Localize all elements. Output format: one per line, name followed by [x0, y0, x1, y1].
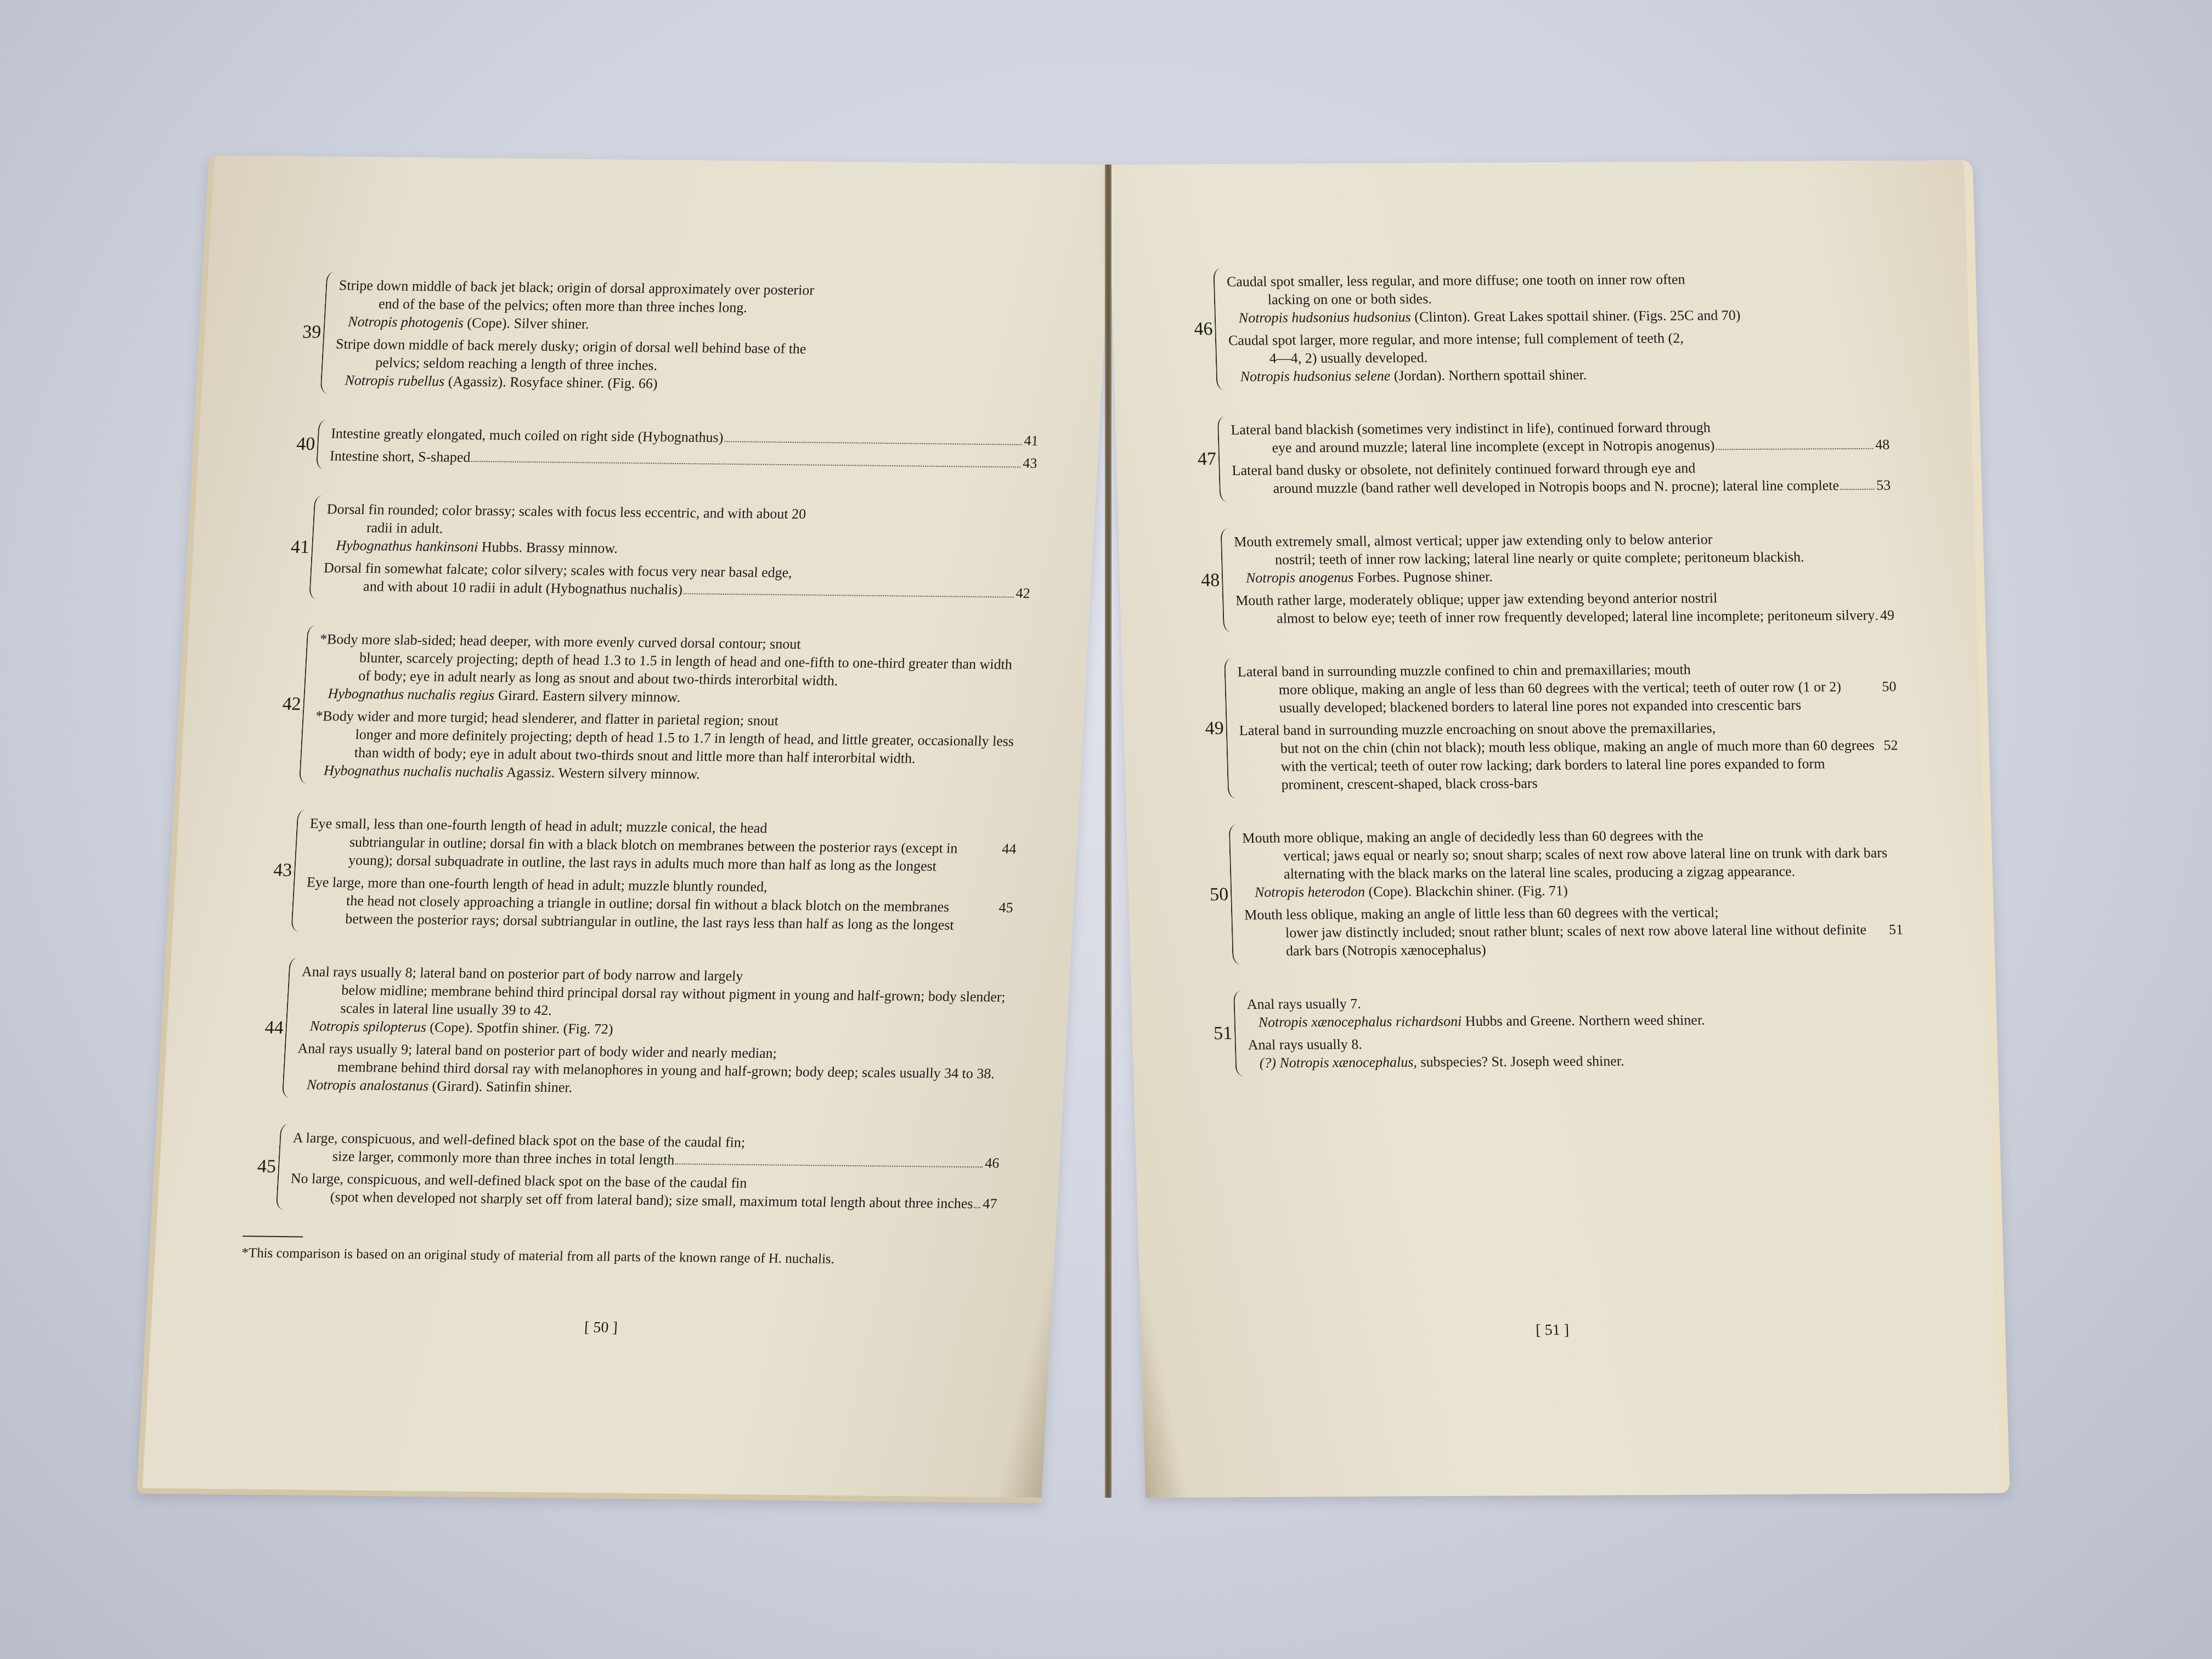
- key-lead: Lateral band blackish (sometimes very in…: [1231, 417, 1890, 457]
- common-name: Hubbs. Brassy minnow.: [478, 539, 618, 556]
- leader-dots: [1876, 619, 1878, 620]
- couplet-leads: Caudal spot smaller, less regular, and m…: [1226, 265, 1888, 390]
- species-name: Notropis hudsonius hudsonius (Clinton). …: [1227, 306, 1886, 327]
- couplet-reference[interactable]: 43: [1023, 454, 1038, 472]
- species-name: Notropis xænocephalus richardsoni Hubbs …: [1247, 1010, 1906, 1031]
- scientific-name: Notropis spilopterus: [309, 1018, 427, 1035]
- lead-continuation: but not on the chin (chin not black); mo…: [1280, 736, 1882, 794]
- key-couplet: 51Anal rays usually 7.Notropis xænocepha…: [1197, 988, 1907, 1077]
- key-lead: Caudal spot larger, more regular, and mo…: [1228, 328, 1888, 386]
- couplet-leads: Dorsal fin rounded; color brassy; scales…: [322, 495, 1035, 606]
- key-couplet: 48Mouth extremely small, almost vertical…: [1184, 525, 1895, 633]
- couplet-leads: Mouth extremely small, almost vertical; …: [1234, 525, 1895, 632]
- key-couplet: 46Caudal spot smaller, less regular, and…: [1177, 265, 1888, 391]
- scientific-name: Notropis photogenis: [348, 314, 464, 331]
- couplet-reference[interactable]: 46: [985, 1154, 1000, 1172]
- key-lead: Mouth extremely small, almost vertical; …: [1234, 529, 1894, 587]
- common-name: Girard. Eastern silvery minnow.: [494, 687, 681, 706]
- scientific-name: Notropis anogenus: [1246, 569, 1354, 586]
- couplet-number: 39: [286, 321, 324, 343]
- key-lead: Dorsal fin somewhat falcate; color silve…: [322, 558, 1031, 602]
- couplet-leads: Stripe down middle of back jet black; or…: [333, 272, 1047, 400]
- couplet-number: 50: [1194, 884, 1231, 905]
- left-page-number: [ 50 ]: [584, 1319, 618, 1337]
- footnote: *This comparison is based on an original…: [237, 1244, 995, 1269]
- key-lead: Anal rays usually 8.(?) Notropis xænocep…: [1248, 1032, 1907, 1072]
- brace-icon: [1221, 528, 1232, 632]
- lead-continuation: size larger, commonly more than three in…: [332, 1147, 675, 1169]
- common-name: Forbes. Pugnose shiner.: [1353, 568, 1493, 585]
- key-lead: Eye small, less than one-fourth length o…: [307, 814, 1018, 876]
- key-lead: Anal rays usually 8; lateral band on pos…: [298, 962, 1009, 1042]
- couplet-leads: Anal rays usually 7.Notropis xænocephalu…: [1246, 988, 1907, 1076]
- common-name: Hubbs and Greene. Northern weed shiner.: [1462, 1012, 1705, 1029]
- leader-dots: [684, 593, 1014, 597]
- lead-continuation: the head not closely approaching a trian…: [345, 891, 996, 934]
- lead-continuation: nostril; teeth of inner row lacking; lat…: [1234, 548, 1893, 569]
- key-couplet: 50Mouth more oblique, making an angle of…: [1193, 821, 1904, 965]
- lead-continuation: around muzzle (band rather well develope…: [1273, 476, 1839, 497]
- key-lead: Lateral band dusky or obsolete, not defi…: [1232, 458, 1891, 498]
- couplet-number: 47: [1182, 449, 1218, 470]
- couplet-number: 44: [249, 1017, 286, 1039]
- right-page-key: 46Caudal spot smaller, less regular, and…: [1177, 265, 1908, 1103]
- leader-dots: [675, 1164, 983, 1168]
- key-lead: Eye large, more than one-fourth length o…: [304, 873, 1015, 935]
- key-couplet: 39Stripe down middle of back jet black; …: [284, 271, 1047, 400]
- key-lead: Mouth less oblique, making an angle of l…: [1244, 902, 1904, 960]
- couplet-reference[interactable]: 51: [1888, 921, 1903, 939]
- common-name: (Cope). Silver shiner.: [463, 315, 589, 332]
- right-page: 46Caudal spot smaller, less regular, and…: [1108, 160, 2010, 1498]
- lead-first-line: Intestine greatly elongated, much coiled…: [331, 424, 724, 446]
- couplet-leads: Lateral band in surrounding muzzle confi…: [1237, 655, 1899, 798]
- couplet-number: 51: [1198, 1023, 1235, 1044]
- lead-continuation: lower jaw distinctly included; snout rat…: [1285, 921, 1887, 960]
- left-page-key: 39Stripe down middle of back jet black; …: [237, 271, 1047, 1269]
- key-couplet: 47Lateral band blackish (sometimes very …: [1181, 413, 1891, 503]
- scientific-name: Hybognathus nuchalis nuchalis: [323, 762, 504, 780]
- couplet-leads: Lateral band blackish (sometimes very in…: [1231, 413, 1891, 502]
- key-lead: A large, conspicuous, and well-defined b…: [291, 1128, 1001, 1172]
- couplet-number: 40: [280, 433, 318, 455]
- couplet-leads: Intestine greatly elongated, much coiled…: [329, 420, 1039, 477]
- couplet-reference[interactable]: 52: [1883, 736, 1898, 754]
- leader-dots: [724, 441, 1022, 445]
- couplet-leads: Mouth more oblique, making an angle of d…: [1242, 821, 1904, 964]
- couplet-reference[interactable]: 44: [1002, 840, 1017, 858]
- key-lead: Mouth rather large, moderately oblique; …: [1235, 588, 1895, 628]
- couplet-number: 43: [257, 860, 295, 881]
- left-page: 39Stripe down middle of back jet black; …: [137, 155, 1114, 1503]
- key-lead: Caudal spot smaller, less regular, and m…: [1227, 269, 1887, 327]
- species-name: Notropis anogenus Forbes. Pugnose shiner…: [1235, 566, 1894, 587]
- common-name: (Girard). Satinfin shiner.: [428, 1078, 573, 1096]
- lead-continuation: subtriangular in outline; dorsal fin wit…: [348, 833, 999, 876]
- key-couplet: 43Eye small, less than one-fourth length…: [255, 809, 1018, 939]
- lead-continuation: almost to below eye; teeth of inner row …: [1277, 606, 1875, 628]
- common-name: (Agassiz). Rosyface shiner. (Fig. 66): [444, 373, 658, 391]
- key-lead: Dorsal fin rounded; color brassy; scales…: [324, 500, 1035, 562]
- scientific-name: Notropis rubellus: [345, 373, 445, 390]
- scientific-name: Notropis heterodon: [1255, 884, 1365, 900]
- couplet-reference[interactable]: 47: [983, 1194, 998, 1212]
- scientific-name: Notropis hudsonius hudsonius: [1238, 309, 1411, 326]
- footnote-rule: [242, 1235, 303, 1237]
- common-name: Agassiz. Western silvery minnow.: [503, 764, 701, 782]
- brace-icon: [1229, 825, 1242, 964]
- common-name: subspecies? St. Joseph weed shiner.: [1417, 1053, 1624, 1070]
- couplet-number: 49: [1189, 718, 1226, 739]
- lead-first-line: Intestine short, S-shaped: [329, 447, 471, 466]
- scientific-name: Notropis xænocephalus richardsoni: [1258, 1013, 1462, 1030]
- key-lead: Stripe down middle of back merely dusky;…: [334, 335, 1044, 397]
- brace-icon: [1224, 658, 1237, 798]
- couplet-number: 48: [1186, 570, 1222, 591]
- species-name: Notropis heterodon (Cope). Blackchin shi…: [1244, 880, 1903, 901]
- scientific-name: Hybognathus hankinsoni: [336, 538, 479, 555]
- key-lead: Stripe down middle of back jet black; or…: [337, 276, 1047, 338]
- leader-dots: [1716, 448, 1874, 450]
- common-name: (Clinton). Great Lakes spottail shiner. …: [1410, 307, 1741, 325]
- couplet-leads: Eye small, less than one-fourth length o…: [304, 810, 1018, 939]
- brace-icon: [1233, 991, 1244, 1076]
- key-lead: *Body wider and more turgid; head slende…: [312, 707, 1023, 787]
- key-lead: Lateral band in surrounding muzzle encro…: [1239, 718, 1899, 794]
- key-lead: Intestine short, S-shaped43: [329, 447, 1037, 472]
- common-name: (Jordan). Northern spottail shiner.: [1390, 366, 1587, 383]
- couplet-reference[interactable]: 41: [1024, 432, 1039, 450]
- couplet-number: 42: [267, 693, 304, 715]
- book-gutter: [1105, 165, 1111, 1498]
- couplet-number: 41: [275, 537, 312, 558]
- lead-continuation: eye and around muzzle; lateral line inco…: [1272, 436, 1715, 456]
- brace-icon: [1217, 416, 1228, 502]
- couplet-reference[interactable]: 42: [1015, 584, 1031, 602]
- couplet-reference[interactable]: 45: [998, 899, 1014, 917]
- couplet-reference[interactable]: 50: [1882, 678, 1897, 696]
- couplet-number: 46: [1178, 319, 1215, 340]
- leader-dots: [471, 461, 1020, 467]
- common-name: (Cope). Spotfin shiner. (Fig. 72): [426, 1019, 613, 1037]
- species-name: (?) Notropis xænocephalus, subspecies? S…: [1248, 1051, 1907, 1072]
- key-lead: Anal rays usually 9; lateral band on pos…: [295, 1039, 1006, 1101]
- key-lead: *Body more slab-sided; head deeper, with…: [317, 630, 1028, 710]
- couplet-leads: Anal rays usually 8; lateral band on pos…: [295, 958, 1010, 1105]
- scientific-name: Notropis hudsonius selene: [1240, 368, 1390, 384]
- brace-icon: [316, 420, 328, 469]
- key-couplet: 42*Body more slab-sided; head deeper, wi…: [263, 625, 1028, 791]
- brace-icon: [276, 1124, 289, 1210]
- key-couplet: 45A large, conspicuous, and well-defined…: [240, 1124, 1001, 1217]
- lead-continuation: vertical; jaws equal or nearly so; snout…: [1243, 844, 1902, 883]
- key-lead: Lateral band in surrounding muzzle confi…: [1237, 659, 1897, 717]
- key-lead: Anal rays usually 7.Notropis xænocephalu…: [1246, 992, 1906, 1031]
- right-page-number: [ 51 ]: [1536, 1322, 1570, 1339]
- leader-dots: [974, 1207, 980, 1208]
- couplet-leads: A large, conspicuous, and well-defined b…: [289, 1124, 1001, 1217]
- lead-continuation: and with about 10 radii in adult (Hybogn…: [363, 577, 683, 599]
- scientific-name: Hybognathus nuchalis regius: [328, 685, 495, 703]
- key-couplet: 44Anal rays usually 8; lateral band on p…: [246, 957, 1010, 1105]
- couplet-reference[interactable]: 53: [1876, 476, 1891, 494]
- couplet-number: 45: [241, 1156, 279, 1177]
- key-lead: Intestine greatly elongated, much coiled…: [331, 424, 1039, 450]
- couplet-leads: *Body more slab-sided; head deeper, with…: [312, 625, 1028, 791]
- couplet-reference[interactable]: 49: [1880, 606, 1894, 624]
- scientific-name: Notropis analostanus: [306, 1076, 429, 1093]
- species-name: Notropis hudsonius selene (Jordan). Nort…: [1229, 364, 1888, 386]
- leader-dots: [1840, 489, 1874, 490]
- couplet-reference[interactable]: 48: [1875, 436, 1890, 454]
- brace-icon: [1213, 268, 1225, 390]
- scientific-name: (?) Notropis xænocephalus,: [1259, 1054, 1417, 1071]
- key-lead: Mouth more oblique, making an angle of d…: [1242, 826, 1903, 901]
- open-book: 39Stripe down middle of back jet black; …: [208, 165, 1997, 1498]
- key-lead: No large, conspicuous, and well-defined …: [289, 1169, 998, 1213]
- key-couplet: 40Intestine greatly elongated, much coil…: [280, 419, 1039, 476]
- common-name: (Cope). Blackchin shiner. (Fig. 71): [1365, 883, 1568, 900]
- key-couplet: 41Dorsal fin rounded; color brassy; scal…: [273, 495, 1035, 606]
- key-couplet: 49Lateral band in surrounding muzzle con…: [1188, 655, 1899, 799]
- lead-continuation: more oblique, making an angle of less th…: [1278, 678, 1880, 717]
